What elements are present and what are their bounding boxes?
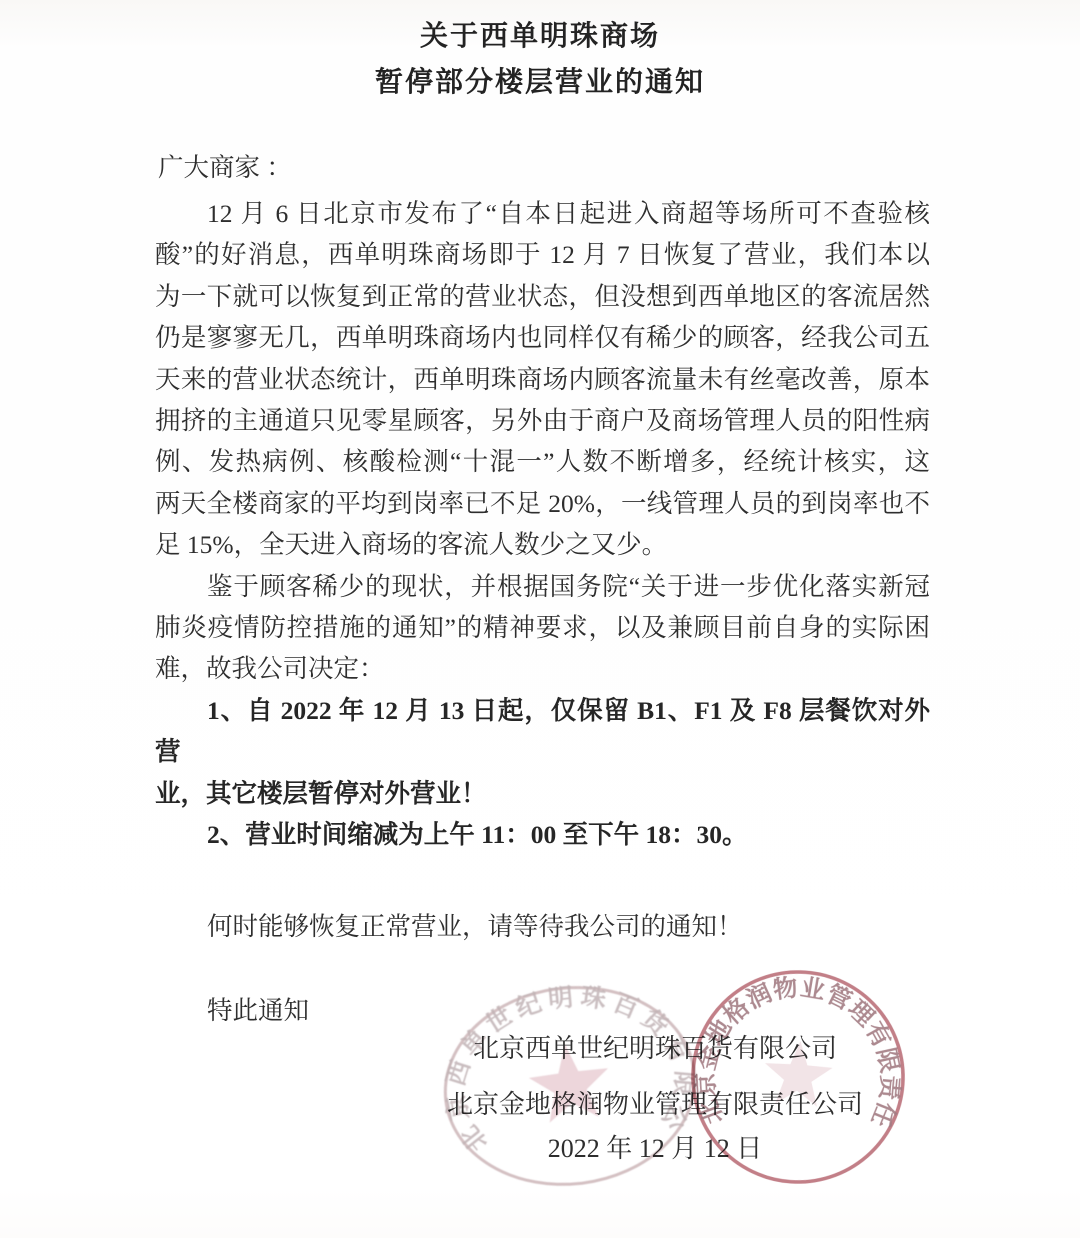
document-line: 拥挤的主通道只见零星顾客，另外由于商户及商场管理人员的阳性病 <box>155 400 930 441</box>
notice-title-line-2: 暂停部分楼层营业的通知 <box>0 60 1080 106</box>
document-line: 难，故我公司决定： <box>155 648 930 689</box>
paragraph: 2、营业时间缩减为上午 11：00 至下午 18：30。 <box>155 814 930 855</box>
signature-company-1: 北京西单世纪明珠百货有限公司 <box>420 1028 890 1065</box>
document-line: 为一下就可以恢复到正常的营业状态，但没想到西单地区的客流居然 <box>155 276 930 317</box>
salutation: 广大商家 ： <box>158 148 292 184</box>
paragraph: 1、自 2022 年 12 月 13 日起，仅保留 B1、F1 及 F8 层餐饮… <box>155 690 930 814</box>
document-line: 天来的营业状态统计，西单明珠商场内顾客流量未有丝毫改善，原本 <box>155 359 930 400</box>
document-line: 足 15%，全天进入商场的客流人数少之又少。 <box>155 524 930 565</box>
document-line: 业，其它楼层暂停对外营业！ <box>155 773 930 814</box>
paragraph: 何时能够恢复正常营业，请等待我公司的通知！ <box>155 906 930 947</box>
document-line: 2、营业时间缩减为上午 11：00 至下午 18：30。 <box>155 814 930 855</box>
document-line: 特此通知 <box>155 990 930 1031</box>
signature-company-2: 北京金地格润物业管理有限责任公司 <box>420 1084 890 1121</box>
document-line: 例、发热病例、核酸检测“十混一”人数不断增多，经统计核实，这 <box>155 441 930 482</box>
document-line: 两天全楼商家的平均到岗率已不足 20%，一线管理人员的到岗率也不 <box>155 483 930 524</box>
notice-title: 关于西单明珠商场 暂停部分楼层营业的通知 <box>0 14 1080 106</box>
document-line: 1、自 2022 年 12 月 13 日起，仅保留 B1、F1 及 F8 层餐饮… <box>155 690 930 773</box>
signature-date: 2022 年 12 月 12 日 <box>420 1128 890 1165</box>
scanned-notice-page: 关于西单明珠商场 暂停部分楼层营业的通知 广大商家 ： 12 月 6 日北京市发… <box>0 0 1080 1238</box>
paragraph: 鉴于顾客稀少的现状，并根据国务院“关于进一步优化落实新冠肺炎疫情防控措施的通知”… <box>155 566 930 690</box>
document-line: 12 月 6 日北京市发布了“自本日起进入商超等场所可不查验核 <box>155 193 930 234</box>
document-line: 何时能够恢复正常营业，请等待我公司的通知！ <box>155 906 930 947</box>
document-line: 仍是寥寥无几，西单明珠商场内也同样仅有稀少的顾客，经我公司五 <box>155 317 930 358</box>
document-line: 鉴于顾客稀少的现状，并根据国务院“关于进一步优化落实新冠 <box>155 566 930 607</box>
document-line: 肺炎疫情防控措施的通知”的精神要求，以及兼顾目前自身的实际困 <box>155 607 930 648</box>
signature-block: 北京西单世纪明珠百货有限公司 北京金地格润物业管理有限责任公司 2022 年 1… <box>420 1028 890 1165</box>
paragraph: 12 月 6 日北京市发布了“自本日起进入商超等场所可不查验核酸”的好消息，西单… <box>155 193 930 566</box>
notice-title-line-1: 关于西单明珠商场 <box>0 14 1080 60</box>
document-body: 12 月 6 日北京市发布了“自本日起进入商超等场所可不查验核酸”的好消息，西单… <box>155 193 930 1031</box>
document-line: 酸”的好消息，西单明珠商场即于 12 月 7 日恢复了营业，我们本以 <box>155 234 930 275</box>
paragraph: 特此通知 <box>155 990 930 1031</box>
